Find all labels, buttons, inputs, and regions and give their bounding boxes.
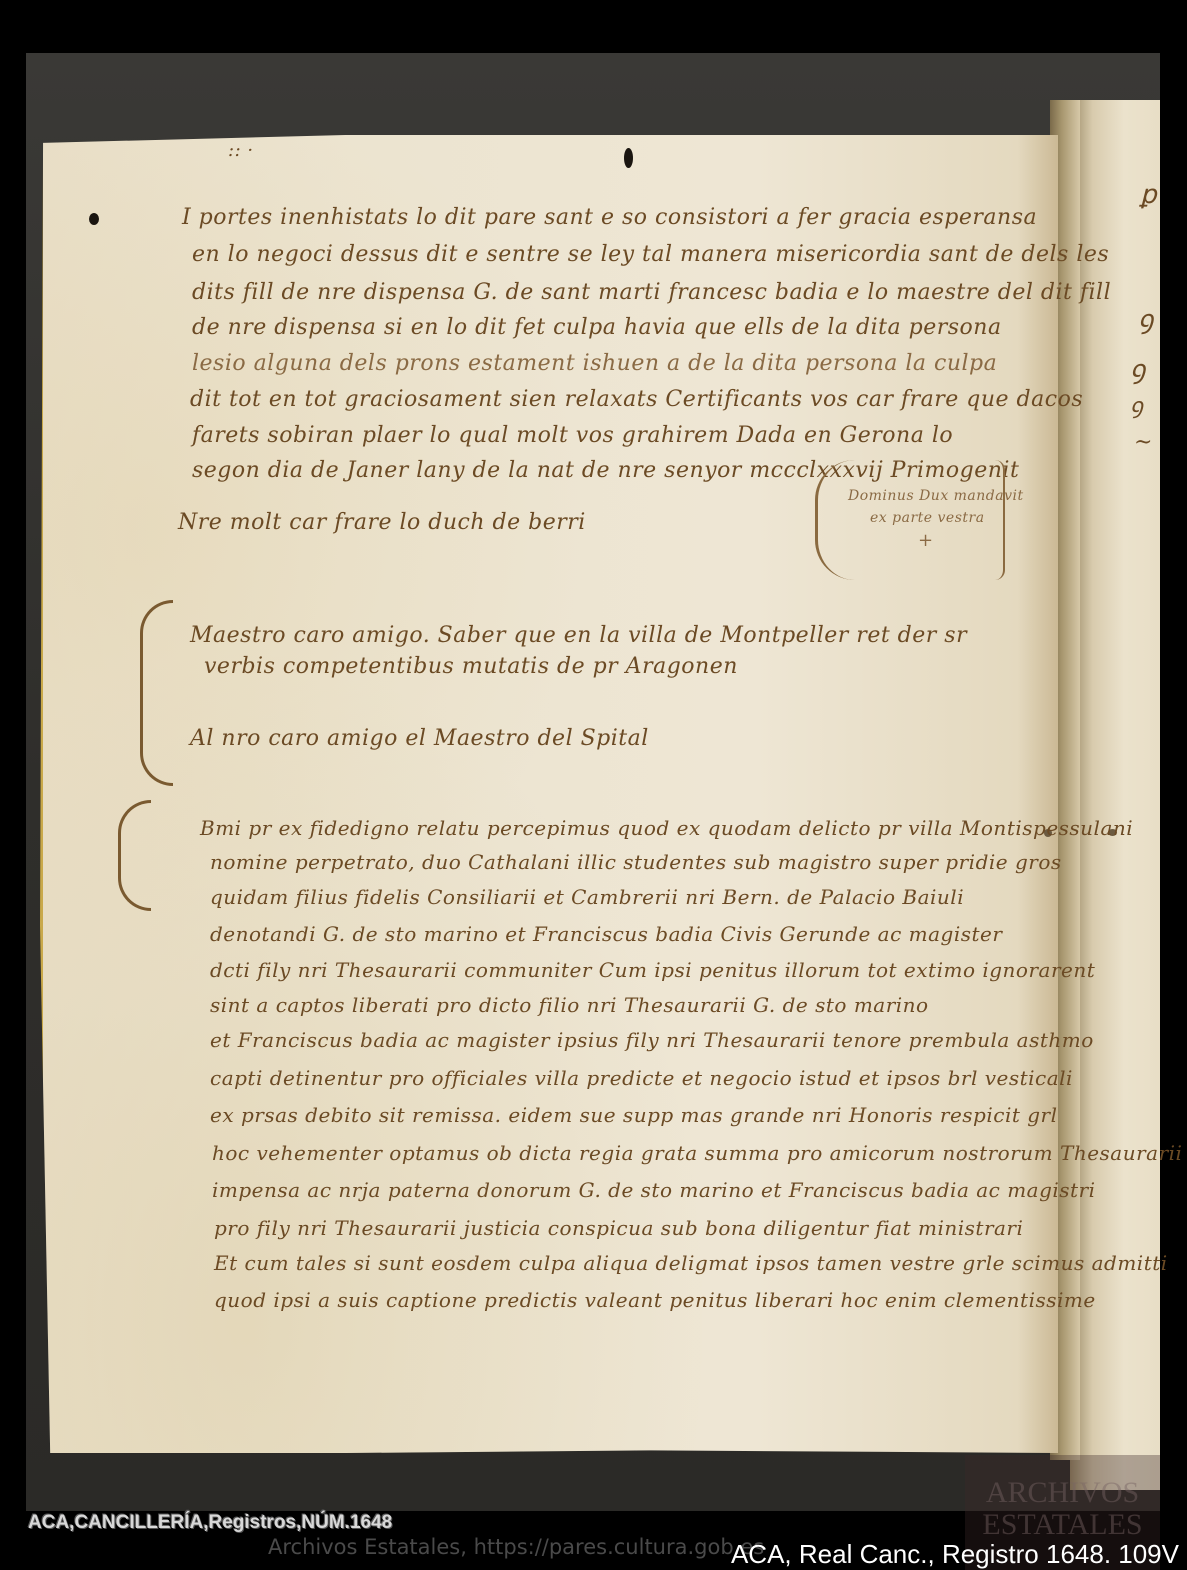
manuscript-line: quidam filius fidelis Consiliarii et Cam… [210, 887, 964, 907]
signature-note: + [918, 530, 934, 551]
reference-caption: ACA, Real Canc., Registro 1648. 109V [731, 1539, 1179, 1570]
manuscript-line: Bmi pr ex fidedigno relatu percepimus qu… [200, 818, 1133, 838]
manuscript-line: denotandi G. de sto marino et Franciscus… [210, 924, 1002, 944]
manuscript-line: ex prsas debito sit remissa. eidem sue s… [210, 1105, 1058, 1125]
manuscript-line: hoc vehementer optamus ob dicta regia gr… [212, 1143, 1187, 1163]
paragraph-bracket [118, 800, 151, 911]
facing-page-marks: ꝯ [1138, 300, 1154, 336]
manuscript-line: lesio alguna dels prons estament ishuen … [192, 353, 997, 375]
viewport: ꝑ ꝯ ꝯ ꝯ ~ :: · I portes inenhistats lo d… [0, 0, 1187, 1570]
manuscript-line: verbis competentibus mutatis de pr Arago… [204, 656, 738, 678]
address-line-1: Nre molt car frare lo duch de berri [178, 512, 586, 534]
signature-note: ex parte vestra [870, 510, 985, 526]
manuscript-line: de nre dispensa si en lo dit fet culpa h… [192, 317, 1002, 339]
manuscript-line: en lo negoci dessus dit e sentre se ley … [192, 244, 1109, 266]
facing-page-edge: ꝑ ꝯ ꝯ ꝯ ~ [1070, 100, 1160, 1490]
manuscript-line: capti detinentur pro officiales villa pr… [210, 1068, 1073, 1088]
signature-note: Dominus Dux mandavit [848, 488, 1024, 504]
manuscript-line: Maestro caro amigo. Saber que en la vill… [190, 625, 967, 647]
paragraph-bracket [140, 600, 173, 786]
manuscript-line: dcti fily nri Thesaurarii communiter Cum… [210, 960, 1095, 980]
manuscript-line: I portes inenhistats lo dit pare sant e … [182, 207, 1037, 229]
manuscript-line: Et cum tales si sunt eosdem culpa aliqua… [214, 1253, 1168, 1273]
binding-hole [89, 213, 99, 225]
top-marks: :: · [228, 140, 254, 161]
manuscript-line: nomine perpetrato, duo Cathalani illic s… [210, 852, 1062, 872]
manuscript-line: dit tot en tot graciosament sien relaxat… [190, 389, 1083, 411]
manuscript-line: et Franciscus badia ac magister ipsius f… [210, 1030, 1094, 1050]
manuscript-line: farets sobiran plaer lo qual molt vos gr… [192, 425, 953, 447]
address-line-2: Al nro caro amigo el Maestro del Spital [190, 728, 649, 750]
manuscript-line: sint a captos liberati pro dicto filio n… [210, 995, 929, 1015]
manuscript-line: quod ipsi a suis captione predictis vale… [214, 1290, 1096, 1310]
facing-page-marks: ꝯ [1130, 390, 1143, 420]
facing-page-marks: ꝑ [1140, 180, 1157, 210]
facing-page-marks: ~ [1134, 430, 1153, 455]
manuscript-line: pro fily nri Thesaurarii justicia conspi… [214, 1218, 1023, 1238]
binding-hole [624, 148, 633, 168]
manuscript-line: impensa ac nrja paterna donorum G. de st… [212, 1180, 1096, 1200]
collection-caption: ACA,CANCILLERÍA,Registros,NÚM.1648 [28, 1512, 392, 1534]
source-url-caption: Archivos Estatales, https://pares.cultur… [268, 1535, 764, 1559]
facing-page-marks: ꝯ [1130, 350, 1146, 386]
manuscript-line: dits fill de nre dispensa G. de sant mar… [192, 282, 1111, 304]
